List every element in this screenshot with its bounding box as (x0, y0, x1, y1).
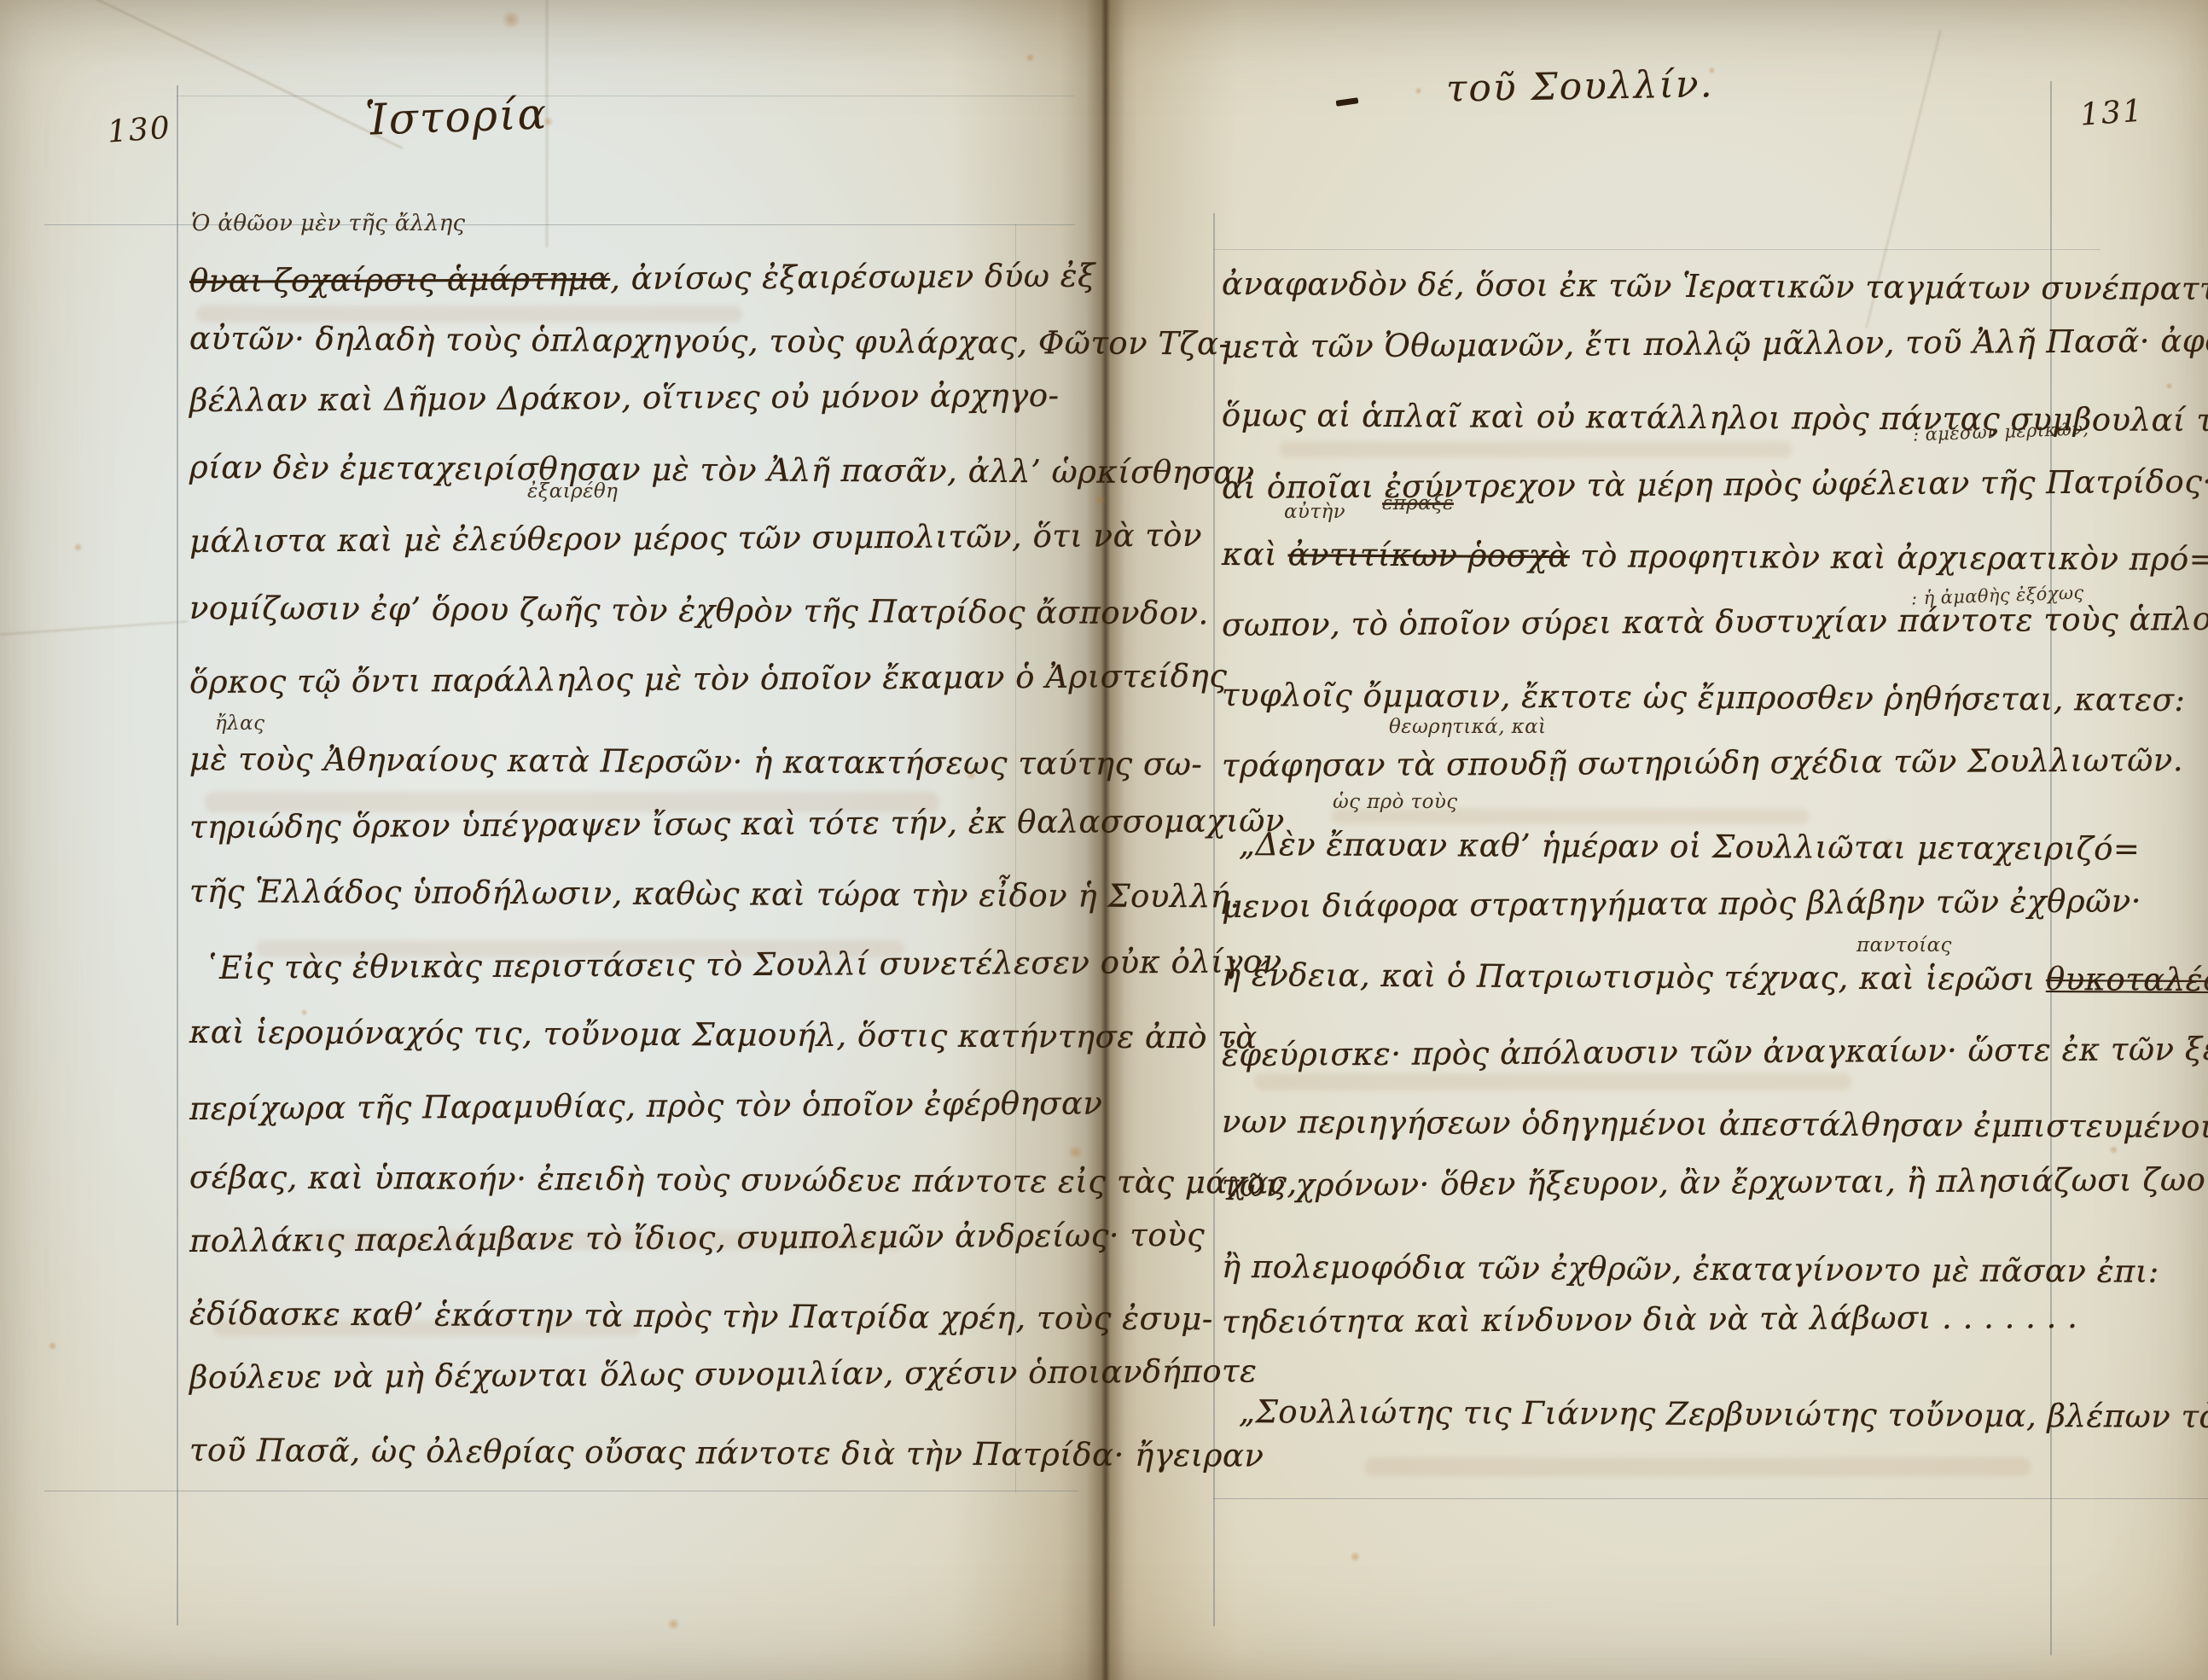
manuscript-line: ρίαν δὲν ἐμεταχειρίσθησαν μὲ τὸν Ἀλῆ πασ… (189, 442, 1255, 499)
text-block-rule-bottom (44, 1491, 1078, 1491)
struck-underlined-text: θυκοταλέσης (2046, 961, 2208, 998)
line-text: τὸ προφητικὸν καὶ ἀρχιερατικὸν πρό= (1570, 538, 2208, 578)
struck-text: θναι ζοχαίρσις ἁμάρτημα (189, 260, 610, 299)
text-block-rule-bottom-right (1213, 1498, 2208, 1499)
manuscript-line: τῆς Ἑλλάδος ὑποδήλωσιν, καθὼς καὶ τώρα τ… (189, 866, 1241, 922)
margin-rule-left-top (177, 96, 1074, 96)
manuscript-line: τοῦ Πασᾶ, ὡς ὀλεθρίας οὔσας πάντοτε διὰ … (189, 1425, 1264, 1482)
manuscript-line: τηδειότητα καὶ κίνδυνον διὰ νὰ τὰ λάβωσι… (1222, 1292, 2078, 1348)
interlinear-correction: ὡς πρὸ τοὺς (1333, 790, 1458, 814)
interlinear-struck-correction: ἔπραξε (1382, 491, 1454, 515)
manuscript-line: καὶ ἀντιτίκων ῥοσχὰ τὸ προφητικὸν καὶ ἀρ… (1222, 529, 2208, 585)
fold-crease (0, 0, 403, 149)
manuscript-line: ἐδίδασκε καθ’ ἑκάστην τὰ πρὸς τὴν Πατρίδ… (189, 1288, 1213, 1345)
manuscript-line: αὐτῶν· δηλαδὴ τοὺς ὁπλαρχηγούς, τοὺς φυλ… (189, 313, 1230, 369)
manuscript-line: τηριώδης ὅρκον ὑπέγραψεν ἴσως καὶ τότε τ… (189, 795, 1285, 853)
struck-text: ἀντιτίκων ῥοσχὰ (1287, 536, 1570, 574)
manuscript-line: νων περιηγήσεων ὁδηγημένοι ἀπεστάλθησαν … (1222, 1096, 2208, 1153)
line-text: καὶ (1222, 536, 1288, 573)
manuscript-photo: 130 Ἱστορία τοῦ Σουλλίν. 131 Ὁ ἀθῶον μὲν… (0, 0, 2208, 1680)
running-header-right: τοῦ Σουλλίν. (1446, 62, 1715, 110)
manuscript-line: βούλευε νὰ μὴ δέχωνται ὅλως συνομιλίαν, … (189, 1346, 1258, 1404)
interlinear-correction: αὐτὴν (1284, 500, 1345, 524)
fold-crease (0, 620, 188, 635)
manuscript-line: βέλλαν καὶ Δῆμον Δράκον, οἵτινες οὐ μόνο… (189, 370, 1060, 427)
manuscript-line: μὲ τοὺς Ἀθηναίους κατὰ Περσῶν· ἡ κατακτή… (189, 734, 1203, 790)
manuscript-line: ἐφεύρισκε· πρὸς ἀπόλαυσιν τῶν ἀναγκαίων·… (1222, 1024, 2208, 1081)
interlinear-correction: θεωρητικά, καὶ (1389, 715, 1546, 739)
manuscript-line: „Σουλλιώτης τις Γιάννης Ζερβυνιώτης τοὔν… (1239, 1386, 2208, 1443)
manuscript-line: ὅρκος τῷ ὄντι παράλληλος μὲ τὸν ὁποῖον ἔ… (189, 651, 1228, 708)
manuscript-line: περίχωρα τῆς Παραμυθίας, πρὸς τὸν ὁποῖον… (189, 1078, 1103, 1135)
interlinear-correction: παντοίας (1856, 933, 1952, 957)
margin-rule-left-vertical (177, 85, 178, 1625)
manuscript-line: πολλάκις παρελάμβανε τὸ ἴδιος, συμπολεμῶ… (189, 1210, 1206, 1267)
page-number-right: 131 (2079, 93, 2145, 132)
manuscript-line: ῾Εἰς τὰς ἐθνικὰς περιστάσεις τὸ Σουλλί σ… (203, 936, 1282, 994)
manuscript-line: νομίζωσιν ἐφ’ ὅρου ζωῆς τὸν ἐχθρὸν τῆς Π… (189, 583, 1209, 639)
manuscript-line: μενοι διάφορα στρατηγήματα πρὸς βλάβην τ… (1222, 875, 2141, 933)
interlinear-correction: ἤλας (215, 712, 264, 735)
running-header-left: Ἱστορία (364, 89, 549, 144)
line-text: , ἀνίσως ἐξαιρέσωμεν δύω ἐξ (610, 258, 1095, 297)
manuscript-line: σέβας, καὶ ὑπακοήν· ἐπειδὴ τοὺς συνώδευε… (189, 1152, 1298, 1209)
line-text: ἡ ἔνδεια, καὶ ὁ Πατριωτισμὸς τέχνας, καὶ… (1222, 956, 2046, 997)
manuscript-line: τῶν χρόνων· ὅθεν ἤξευρον, ἂν ἔρχωνται, ἢ… (1222, 1154, 2208, 1212)
manuscript-line: τράφησαν τὰ σπουδῇ σωτηριώδη σχέδια τῶν … (1222, 735, 2183, 792)
manuscript-line: „Δὲν ἔπαυαν καθ’ ἡμέραν οἱ Σουλλιῶται με… (1239, 819, 2141, 875)
page-number-left: 130 (107, 110, 172, 149)
manuscript-line: ἢ πολεμοφόδια τῶν ἐχθρῶν, ἐκαταγίνοντο μ… (1222, 1241, 2159, 1298)
manuscript-line: μάλιστα καὶ μὲ ἐλεύθερον μέρος τῶν συμπο… (189, 510, 1202, 567)
interlinear-correction: ἐξαιρέθη (527, 480, 618, 503)
text-block-rule-top-right (1213, 249, 2101, 250)
manuscript-line: ἡ ἔνδεια, καὶ ὁ Πατριωτισμὸς τέχνας, καὶ… (1222, 950, 2208, 1006)
interlinear-opening-note: Ὁ ἀθῶον μὲν τῆς ἄλλης (191, 212, 466, 235)
manuscript-line: μετὰ τῶν Ὀθωμανῶν, ἔτι πολλῷ μᾶλλον, τοῦ… (1222, 316, 2208, 373)
manuscript-line: αἱ ὁποῖαι ἐσύντρεχον τὰ μέρη πρὸς ὠφέλει… (1222, 456, 2208, 514)
manuscript-line: καὶ ἱερομόναχός τις, τοὔνομα Σαμουήλ, ὅσ… (189, 1007, 1258, 1064)
manuscript-line: θναι ζοχαίρσις ἁμάρτημα, ἀνίσως ἐξαιρέσω… (189, 251, 1095, 307)
manuscript-line: ἀναφανδὸν δέ, ὅσοι ἐκ τῶν Ἱερατικῶν ταγμ… (1222, 259, 2208, 315)
manuscript-line: τυφλοῖς ὄμμασιν, ἔκτοτε ὡς ἔμπροσθεν ῥηθ… (1222, 670, 2186, 726)
